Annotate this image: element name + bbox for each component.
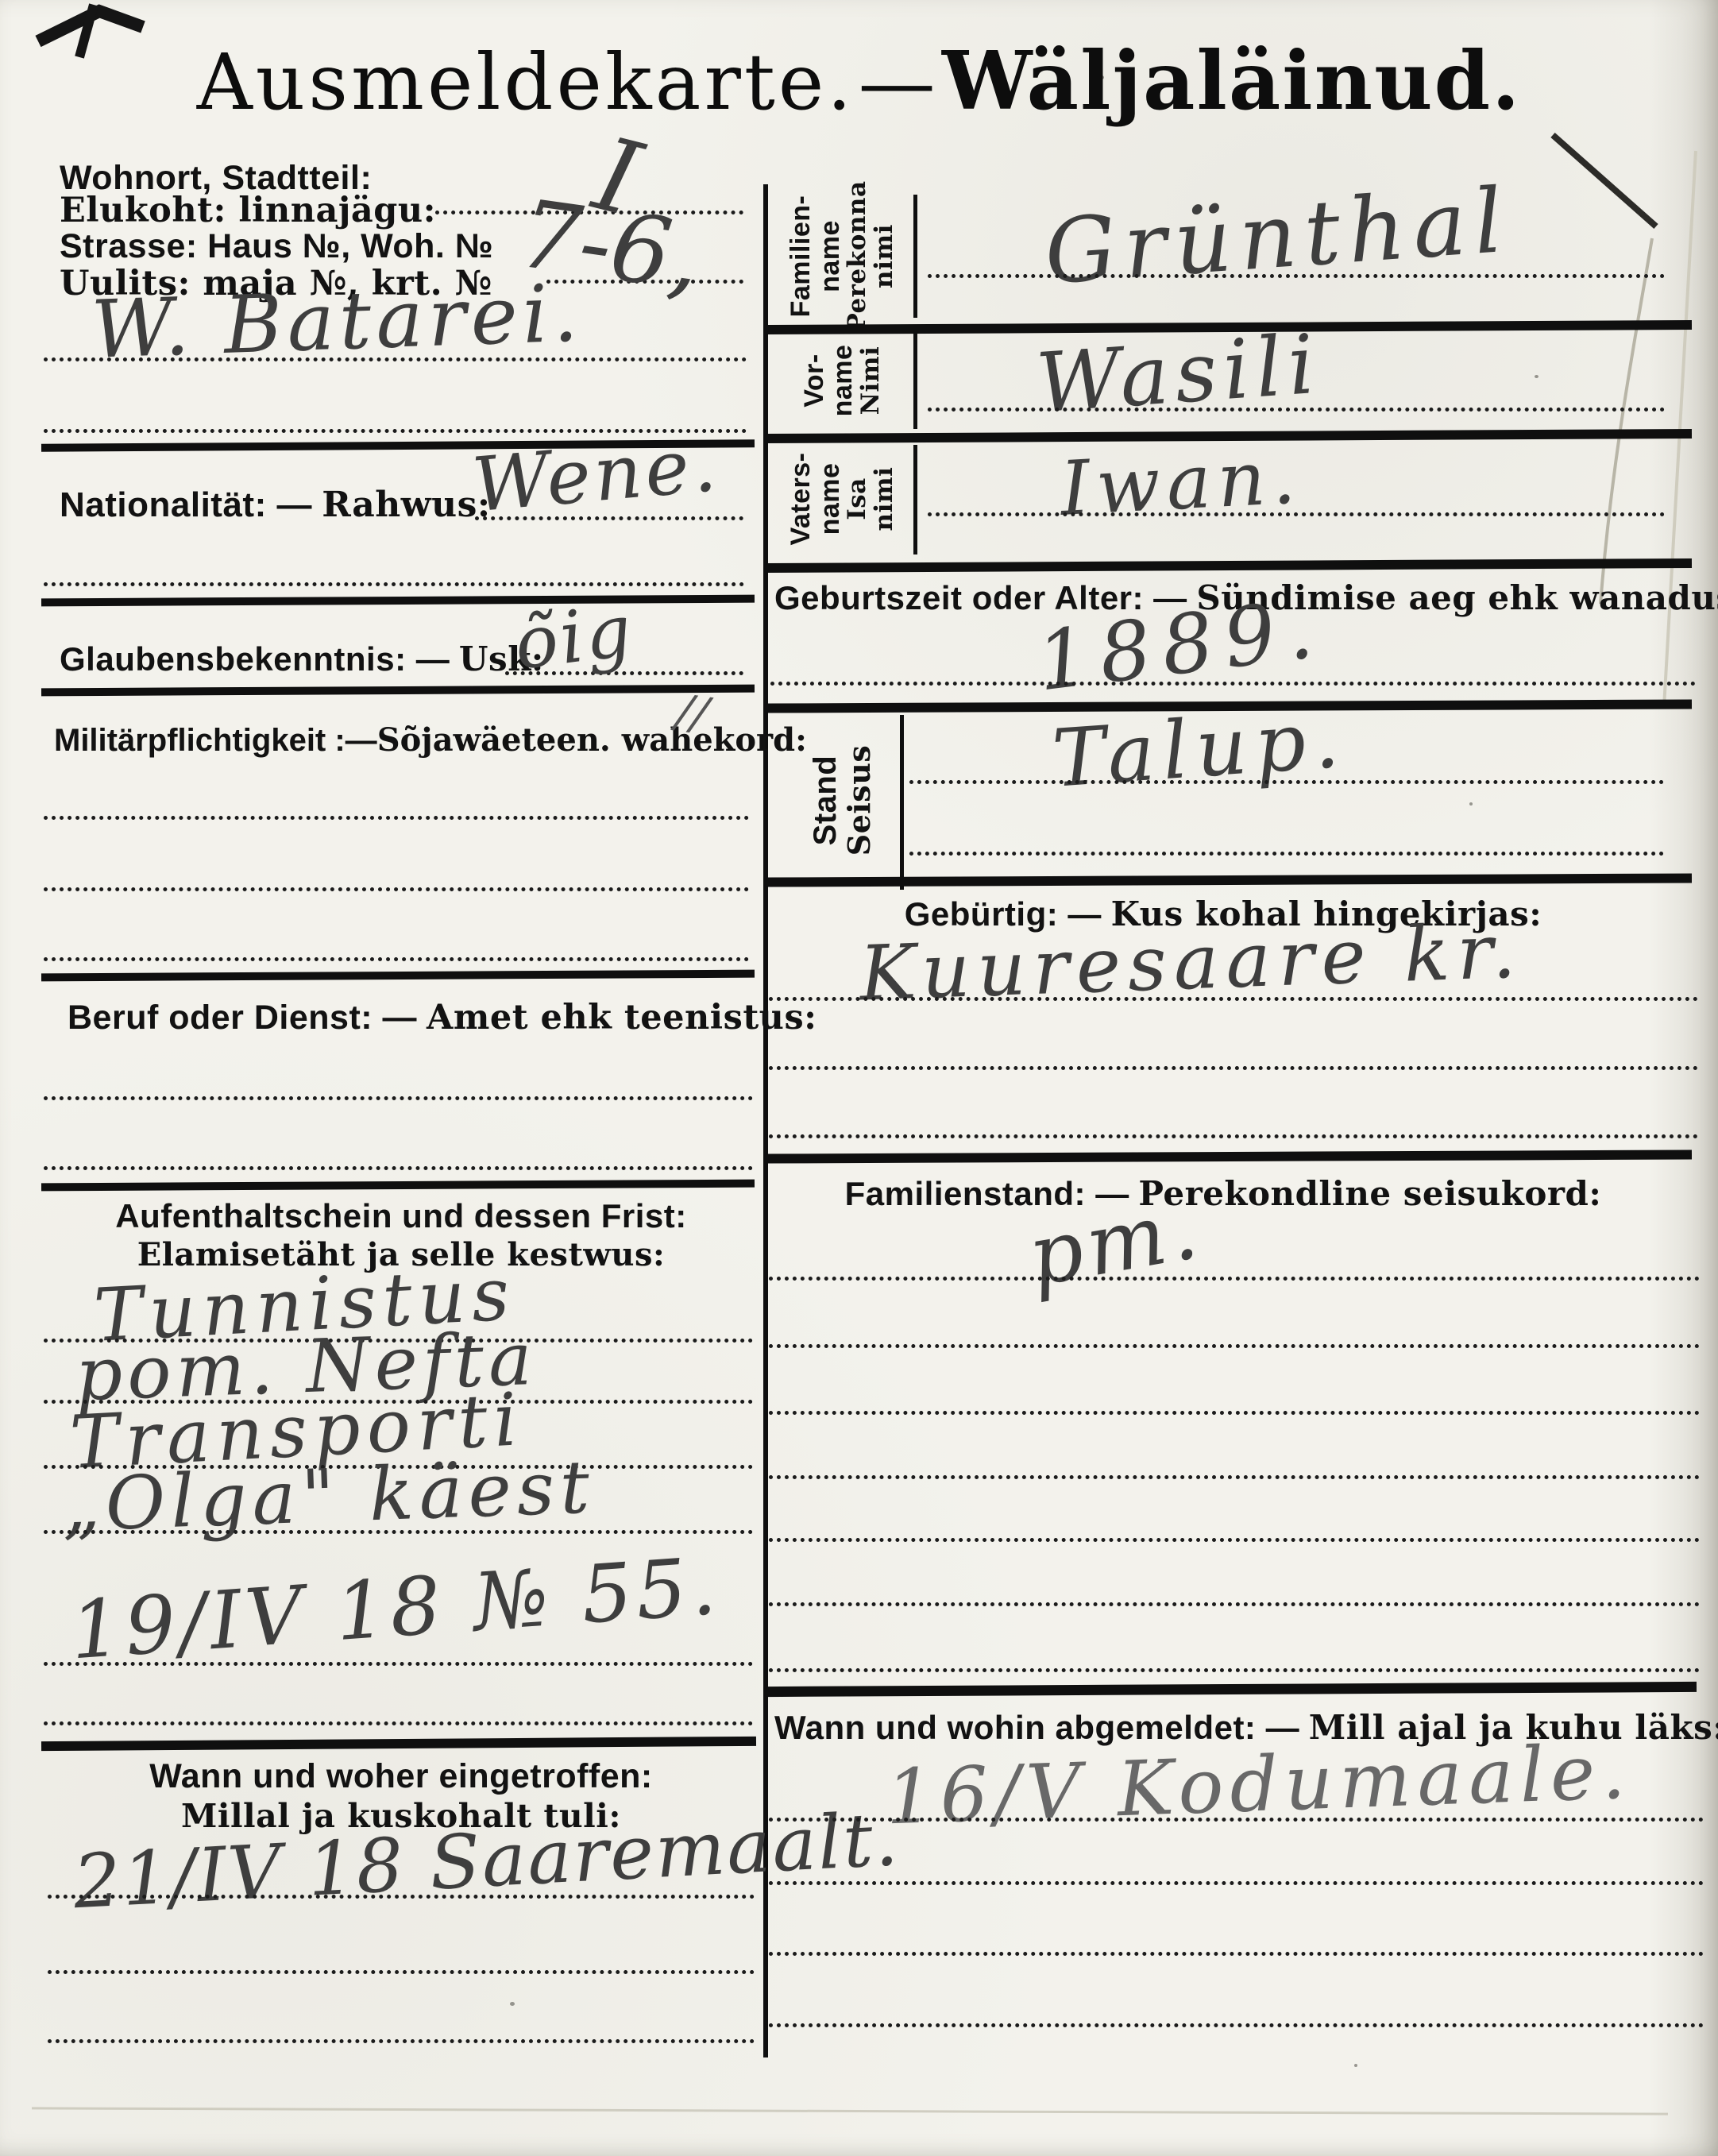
dotted-rule (44, 1096, 753, 1100)
divider-rule (767, 1682, 1697, 1697)
dotted-rule (769, 1134, 1698, 1138)
handwriting-surname: Grünthal (1042, 176, 1513, 298)
header-arrival-de: Wann und woher eingetroffen: (48, 1757, 755, 1796)
label-status-et: Seisus (843, 745, 875, 856)
divider-rule (41, 1180, 755, 1192)
center-divider (763, 184, 768, 2057)
handwriting-street: W. Batarei. (90, 273, 584, 370)
dotted-rule (44, 1662, 753, 1666)
dotted-rule (769, 1818, 1704, 1822)
handwriting-permit-line5: 19/IV 18 № 55. (68, 1547, 723, 1671)
divider-rule (767, 1149, 1692, 1163)
dotted-rule (769, 1344, 1700, 1348)
dotted-rule (909, 852, 1664, 856)
title-estonian: Wäljaläinud. (942, 33, 1521, 128)
dotted-rule (48, 1895, 755, 1899)
label-patronymic-de1: Vaters- (786, 453, 816, 546)
header-permit-de: Aufenthaltschein und dessen Frist: (48, 1197, 755, 1235)
dotted-rule (44, 816, 749, 820)
paper-crease-bottom (32, 2107, 1668, 2115)
dotted-rule (44, 1530, 753, 1534)
dotted-rule (909, 780, 1664, 784)
divider-rule (41, 595, 755, 607)
paper-tear-right (1517, 79, 1716, 731)
label-firstname-de1: Vor- (800, 354, 829, 407)
dotted-rule (48, 1970, 755, 1974)
label-family-status: Familienstand: — Perekondline seisukord: (766, 1174, 1680, 1213)
label-surname-et1: Perekonna (844, 180, 871, 331)
label-status-de: Stand (809, 755, 843, 846)
label-firstname-et1: Nimi (858, 346, 884, 415)
speckle (1535, 375, 1538, 378)
label-religion-de: Glaubensbekenntnis: — (60, 640, 450, 678)
label-occupation: Beruf oder Dienst: — Amet ehk teenistus: (68, 998, 817, 1037)
divider-rule (41, 970, 755, 982)
label-strasse: Strasse: Haus №, Woh. № (60, 227, 493, 266)
dotted-rule (928, 274, 1665, 278)
dotted-rule (769, 1602, 1700, 1606)
dotted-rule (44, 1721, 753, 1725)
divider-rule (767, 873, 1692, 887)
dotted-rule (928, 408, 1665, 411)
dotted-rule (769, 997, 1698, 1001)
handwriting-pencil-tick: ∕∕ (674, 688, 711, 738)
dotted-rule (44, 582, 744, 586)
label-patronymic-de2: name (816, 463, 845, 535)
rotated-label-surname: Familien- name Perekonna nimi (774, 195, 909, 318)
rotated-label-patronymic: Vaters- name Isa nimi (774, 443, 909, 554)
dotted-rule (769, 1411, 1700, 1415)
label-military-de: Militärpflichtigkeit :— (54, 723, 377, 758)
dotted-rule (769, 2023, 1704, 2027)
title-dash: — (859, 37, 939, 127)
dotted-rule (769, 1277, 1700, 1281)
label-patronymic-et2: nimi (871, 467, 898, 531)
label-family-status-et: Perekondline seisukord: (1138, 1174, 1601, 1213)
dotted-rule (770, 682, 1696, 686)
label-separator-rule (913, 195, 917, 318)
card-title: Ausmeldekarte. — Wäljaläinud. (0, 33, 1718, 128)
speckle (1354, 2064, 1357, 2067)
dotted-rule (44, 887, 749, 891)
handwriting-permit-line4: „Olga" käest (61, 1451, 596, 1542)
dotted-rule (48, 2039, 755, 2043)
label-surname-de1: Familien- (786, 195, 816, 318)
dotted-rule (928, 512, 1665, 516)
label-separator-rule (900, 715, 904, 890)
dotted-rule (769, 1881, 1704, 1885)
divider-rule (41, 685, 755, 697)
label-elukoht: Elukoht: linnajägu: (60, 191, 436, 230)
dotted-rule (769, 1668, 1700, 1672)
rotated-label-firstname: Vor- name Nimi (774, 332, 909, 429)
label-firstname-de2: name (828, 345, 858, 417)
label-separator-rule (913, 334, 917, 429)
label-occupation-de: Beruf oder Dienst: — (68, 999, 417, 1037)
dotted-rule (44, 357, 747, 361)
label-military-et: Sõjawäeteen. wahekord: (377, 721, 807, 759)
label-patronymic-et1: Isa (844, 477, 871, 520)
dotted-rule (769, 1066, 1698, 1070)
handwriting-nationality: Wene. (469, 428, 722, 524)
speckle (510, 2002, 515, 2006)
label-departure-de: Wann und wohin abgemeldet: — (774, 1709, 1299, 1746)
label-occupation-et: Amet ehk teenistus: (427, 998, 817, 1037)
dotted-rule (769, 1952, 1704, 1956)
dotted-rule (769, 1475, 1700, 1479)
title-german: Ausmeldekarte. (197, 37, 855, 127)
dotted-rule (44, 1166, 753, 1170)
handwriting-religion: õig (511, 595, 637, 681)
dotted-rule (44, 957, 749, 961)
divider-rule (41, 1737, 756, 1751)
registration-card: Ausmeldekarte. — Wäljaläinud. Wohnort, S… (0, 0, 1718, 2156)
label-nationality-de: Nationalität: — (60, 485, 312, 524)
label-surname-de2: name (816, 220, 845, 292)
label-religion: Glaubensbekenntnis: — Usk: (60, 639, 544, 678)
label-surname-et2: nimi (871, 224, 898, 288)
rotated-label-status: Stand Seisus (782, 711, 901, 890)
label-nationality: Nationalität: — Rahwus: (60, 485, 491, 525)
dotted-rule (769, 1538, 1700, 1542)
label-nationality-et: Rahwus: (322, 485, 490, 525)
label-separator-rule (913, 445, 917, 554)
speckle (1469, 802, 1473, 806)
